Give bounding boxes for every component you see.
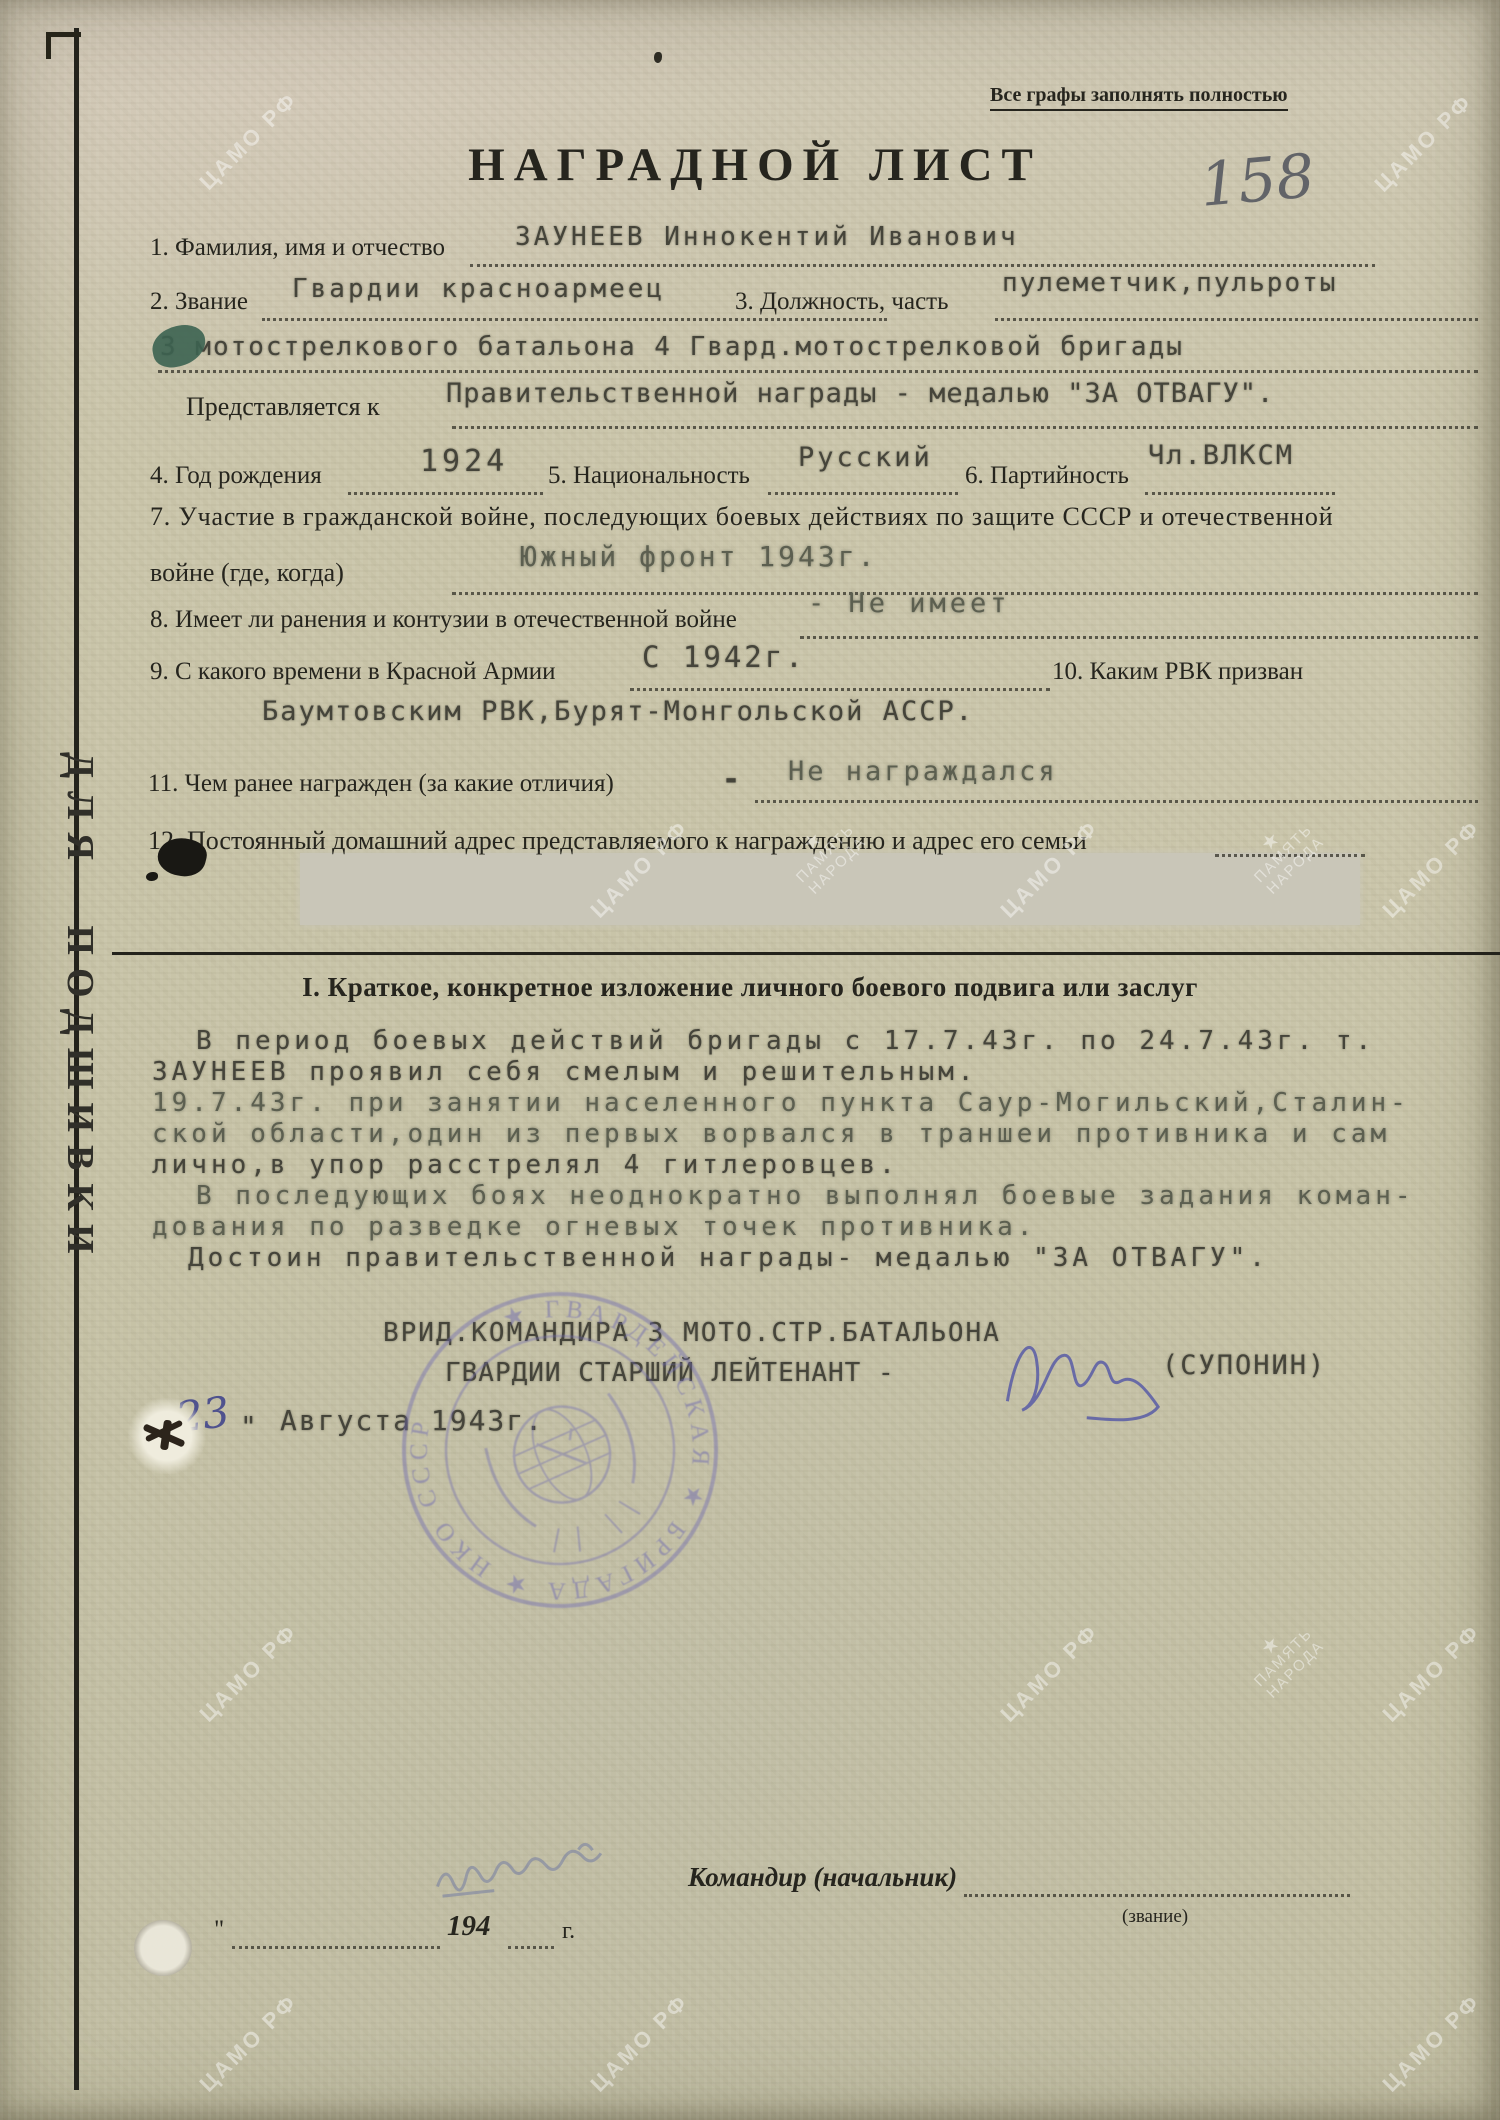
- ink-speck: [654, 52, 662, 63]
- archive-watermark: ЦАМО РФ: [195, 1619, 304, 1728]
- field12-dotted-line: [1215, 822, 1365, 857]
- archive-watermark: ЦАМО РФ: [1378, 815, 1487, 924]
- archive-watermark: ЦАМО РФ: [996, 1619, 1105, 1728]
- memory-watermark: ★ ПАМЯТЬ НАРОДА: [1239, 1613, 1328, 1702]
- field11-dash: -: [722, 762, 740, 797]
- punch-hole-bottom: [134, 1920, 192, 1976]
- handwritten-pencil-note: [427, 1825, 647, 1909]
- field12-label: 12. Постоянный домашний адрес представля…: [148, 826, 1087, 856]
- field10-value: Баумтовским РВК,Бурят-Монгольской АССР.: [262, 696, 974, 727]
- archive-watermark: ЦАМО РФ: [1378, 1989, 1487, 2098]
- field4-label: 4. Год рождения: [150, 462, 322, 490]
- field8-value: - Не имеет: [808, 588, 1011, 619]
- corner-mark: [46, 32, 81, 59]
- footer-date-quote: ": [214, 1916, 224, 1944]
- citation-line: ской области,один из первых ворвался в т…: [152, 1119, 1390, 1149]
- archive-watermark: ЦАМО РФ: [1378, 1619, 1487, 1728]
- footer-year-prefix: 194: [447, 1910, 491, 1943]
- citation-line: 19.7.43г. при занятии населенного пункта…: [152, 1088, 1410, 1118]
- fill-all-fields-note: Все графы заполнять полностью: [990, 84, 1288, 111]
- field7-value: Южный фронт 1943г.: [520, 540, 877, 573]
- field9-label: 9. С какого времени в Красной Армии: [150, 658, 556, 686]
- field11-value: Не награждался: [788, 756, 1058, 787]
- commander-label: Командир (начальник): [688, 1862, 957, 1893]
- footer-year-suffix: г.: [562, 1918, 575, 1945]
- field9-value: С 1942г.: [642, 640, 806, 674]
- field6-label: 6. Партийность: [965, 462, 1129, 490]
- rank-hint: (звание): [1122, 1906, 1188, 1928]
- citation-line: В последующих боях неоднократно выполнял…: [196, 1181, 1415, 1211]
- archive-watermark: ЦАМО РФ: [195, 1989, 304, 2098]
- side-filing-text: ДЛЯ ПОДШИВКИ: [58, 752, 102, 1342]
- citation-line: ЗАУНЕЕВ проявил себя смелым и решительны…: [152, 1057, 977, 1087]
- field1-label: 1. Фамилия, имя и отчество: [150, 234, 445, 262]
- commander-signature-line: [964, 1856, 1350, 1897]
- redacted-address-block: [300, 853, 1360, 925]
- archive-watermark: ЦАМО РФ: [195, 87, 304, 196]
- field7-label-line2: войне (где, когда): [150, 558, 344, 588]
- punch-hole-torn: [128, 1398, 206, 1474]
- stamp-ring-text: ★ ГВАРДЕЙСКАЯ ★ БРИГАДА ★ НКО СССР: [395, 1285, 725, 1615]
- section1-heading: I. Краткое, конкретное изложение личного…: [150, 972, 1350, 1003]
- field2-value: Гвардии красноармеец: [292, 274, 665, 304]
- handwritten-signature: [986, 1310, 1179, 1448]
- date-quote-close: ": [240, 1410, 257, 1443]
- page-title: НАГРАДНОЙ ЛИСТ: [410, 138, 1100, 192]
- citation-line: лично,в упор расстрелял 4 гитлеровцев.: [152, 1150, 899, 1180]
- field11-label: 11. Чем ранее награжден (за какие отличи…: [148, 770, 614, 798]
- field7-label-line1: 7. Участие в гражданской войне, последую…: [150, 502, 1333, 532]
- field10-label: 10. Каким РВК призван: [1052, 658, 1303, 686]
- field5-label: 5. Национальность: [548, 462, 750, 490]
- citation-line: дования по разведке огневых точек против…: [152, 1212, 1036, 1242]
- field3-label: 3. Должность, часть: [735, 288, 949, 316]
- award-sheet-document: ДЛЯ ПОДШИВКИ Все графы заполнять полност…: [0, 0, 1500, 2120]
- field2-label: 2. Звание: [150, 288, 248, 316]
- field6-value: Чл.ВЛКСМ: [1148, 440, 1294, 471]
- archive-watermark: ЦАМО РФ: [1370, 89, 1479, 198]
- field8-label: 8. Имеет ли ранения и контузии в отечест…: [150, 606, 737, 634]
- archive-watermark: ЦАМО РФ: [586, 1989, 695, 2098]
- star-icon: ★: [1239, 1613, 1304, 1678]
- handwritten-sheet-number: 158: [1197, 141, 1317, 221]
- presented-label: Представляется к: [186, 392, 380, 422]
- field4-value: 1924: [420, 444, 508, 479]
- svg-text:★ ГВАРДЕЙСКАЯ ★ БРИГАДА ★ НКО: ★ ГВАРДЕЙСКАЯ ★ БРИГАДА ★ НКО СССР: [395, 1285, 725, 1615]
- round-stamp: ★ ГВАРДЕЙСКАЯ ★ БРИГАДА ★ НКО СССР: [395, 1285, 725, 1615]
- footer-year-dotted-line: [508, 1910, 554, 1949]
- ink-speck-small: [146, 872, 158, 881]
- field1-value: ЗАУНЕЕВ Иннокентий Иванович: [515, 222, 1019, 252]
- field3-value-line2: 3 мотострелкового батальона 4 Гвард.мото…: [160, 332, 1184, 362]
- citation-line: Достоин правительственной награды- медал…: [188, 1243, 1269, 1273]
- citation-line: В период боевых действий бригады с 17.7.…: [196, 1026, 1375, 1056]
- field3-value-line1: пулеметчик,пульроты: [1002, 268, 1337, 298]
- stamp-emblem: [478, 1382, 666, 1571]
- section-divider-line: [112, 952, 1500, 955]
- field5-value: Русский: [798, 442, 933, 473]
- presented-value: Правительственной награды - медалью "ЗА …: [446, 378, 1274, 409]
- signer-name: (СУПОНИН): [1162, 1350, 1326, 1381]
- footer-day-dotted-line: [232, 1910, 440, 1949]
